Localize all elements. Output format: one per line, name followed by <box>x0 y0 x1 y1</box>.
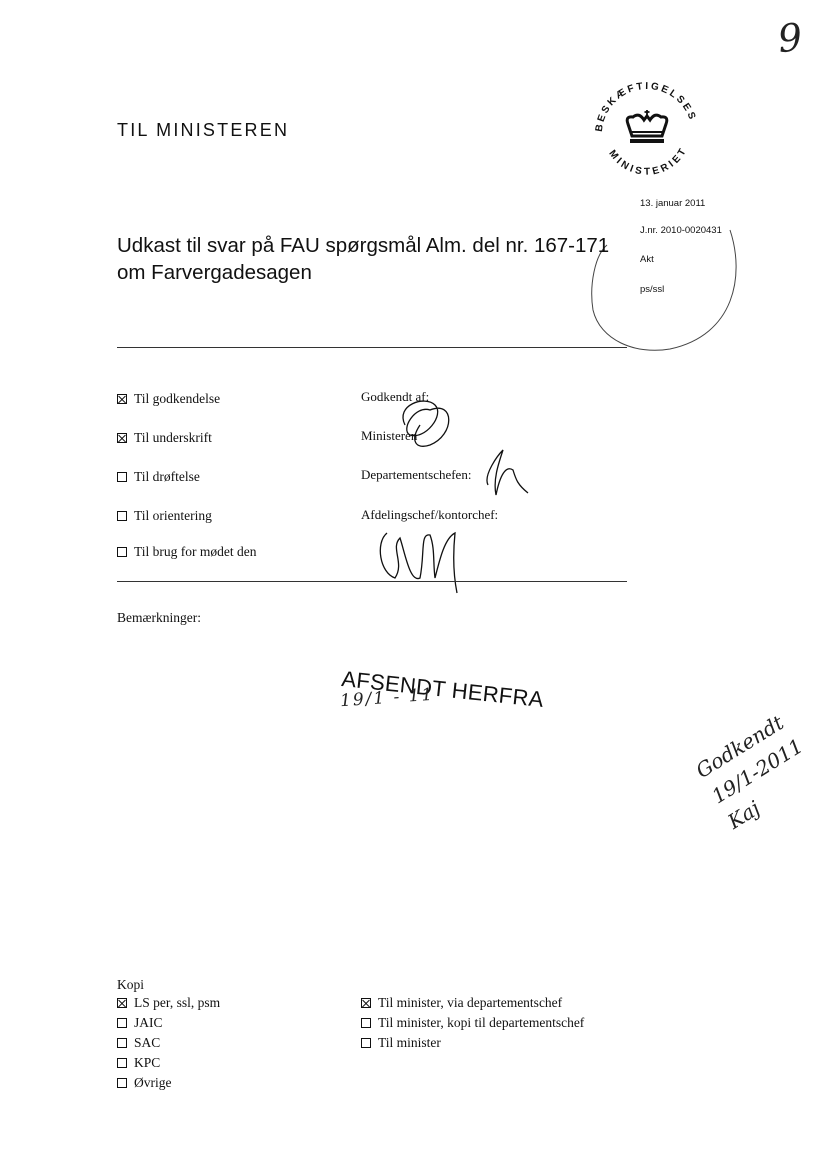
checkbox-checked-icon[interactable] <box>117 433 127 443</box>
purpose-option-approval[interactable]: Til godkendelse <box>117 389 257 409</box>
checkbox-checked-icon[interactable] <box>117 998 127 1008</box>
subject-line-1: Udkast til svar på FAU spørgsmål Alm. de… <box>117 232 627 259</box>
route-option-minister[interactable]: Til minister <box>361 1033 584 1053</box>
handwritten-page-number: 9 <box>776 15 805 61</box>
option-label: Til minister, via departementschef <box>378 993 562 1013</box>
checkbox-empty-icon[interactable] <box>117 1078 127 1088</box>
copy-option-other[interactable]: Øvrige <box>117 1073 220 1093</box>
checkbox-empty-icon[interactable] <box>361 1038 371 1048</box>
document-heading: TIL MINISTEREN <box>117 120 289 141</box>
option-label: KPC <box>134 1053 160 1073</box>
division-head-signature <box>375 523 465 598</box>
copy-recipients-right: Til minister, via departementschef Til m… <box>361 993 584 1053</box>
checkbox-checked-icon[interactable] <box>361 998 371 1008</box>
purpose-option-signature[interactable]: Til underskrift <box>117 428 257 448</box>
copy-label: Kopi <box>117 977 144 993</box>
option-label: Til godkendelse <box>134 391 220 407</box>
purpose-option-orientation[interactable]: Til orientering <box>117 506 257 526</box>
minister-signature <box>385 395 465 455</box>
option-label: Øvrige <box>134 1073 172 1093</box>
copy-option-ls[interactable]: LS per, ssl, psm <box>117 993 220 1013</box>
option-label: Til minister, kopi til departementschef <box>378 1013 584 1033</box>
route-option-via-secretary[interactable]: Til minister, via departementschef <box>361 993 584 1013</box>
document-subject: Udkast til svar på FAU spørgsmål Alm. de… <box>117 232 627 286</box>
checkbox-empty-icon[interactable] <box>117 472 127 482</box>
checkbox-empty-icon[interactable] <box>117 1058 127 1068</box>
checkbox-checked-icon[interactable] <box>117 394 127 404</box>
divider-bottom <box>117 581 627 582</box>
crown-icon <box>627 110 667 143</box>
checkbox-empty-icon[interactable] <box>117 1018 127 1028</box>
svg-text:MINISTERIET: MINISTERIET <box>606 145 690 178</box>
checkbox-empty-icon[interactable] <box>361 1018 371 1028</box>
option-label: JAIC <box>134 1013 163 1033</box>
remarks-label: Bemærkninger: <box>117 610 201 626</box>
option-label: Til minister <box>378 1033 441 1053</box>
checkbox-empty-icon[interactable] <box>117 1038 127 1048</box>
copy-option-sac[interactable]: SAC <box>117 1033 220 1053</box>
divider-top <box>117 347 627 348</box>
division-head-label: Afdelingschef/kontorchef: <box>361 507 498 523</box>
checkbox-empty-icon[interactable] <box>117 511 127 521</box>
route-option-copy-secretary[interactable]: Til minister, kopi til departementschef <box>361 1013 584 1033</box>
copy-recipients-left: LS per, ssl, psm JAIC SAC KPC Øvrige <box>117 993 220 1093</box>
ministry-logo: BESKÆFTIGELSES MINISTERIET <box>588 70 706 188</box>
document-date: 13. januar 2011 <box>640 198 705 209</box>
option-label: Til underskrift <box>134 430 212 446</box>
option-label: Til brug for mødet den <box>134 544 257 560</box>
option-label: LS per, ssl, psm <box>134 993 220 1013</box>
purpose-option-discussion[interactable]: Til drøftelse <box>117 467 257 487</box>
copy-option-jaic[interactable]: JAIC <box>117 1013 220 1033</box>
purpose-options: Til godkendelse Til underskrift Til drøf… <box>117 389 257 562</box>
option-label: SAC <box>134 1033 160 1053</box>
option-label: Til orientering <box>134 508 212 524</box>
permanent-secretary-signature <box>478 445 538 505</box>
purpose-option-meeting[interactable]: Til brug for mødet den <box>117 542 257 562</box>
option-label: Til drøftelse <box>134 469 200 485</box>
copy-option-kpc[interactable]: KPC <box>117 1053 220 1073</box>
svg-text:BESKÆFTIGELSES: BESKÆFTIGELSES <box>594 81 698 133</box>
permanent-secretary-label: Departementschefen: <box>361 467 471 483</box>
subject-line-2: om Farvergadesagen <box>117 259 627 286</box>
checkbox-empty-icon[interactable] <box>117 547 127 557</box>
handwritten-approval-note: Godkendt 19/1-2011 Kaj <box>690 706 825 837</box>
